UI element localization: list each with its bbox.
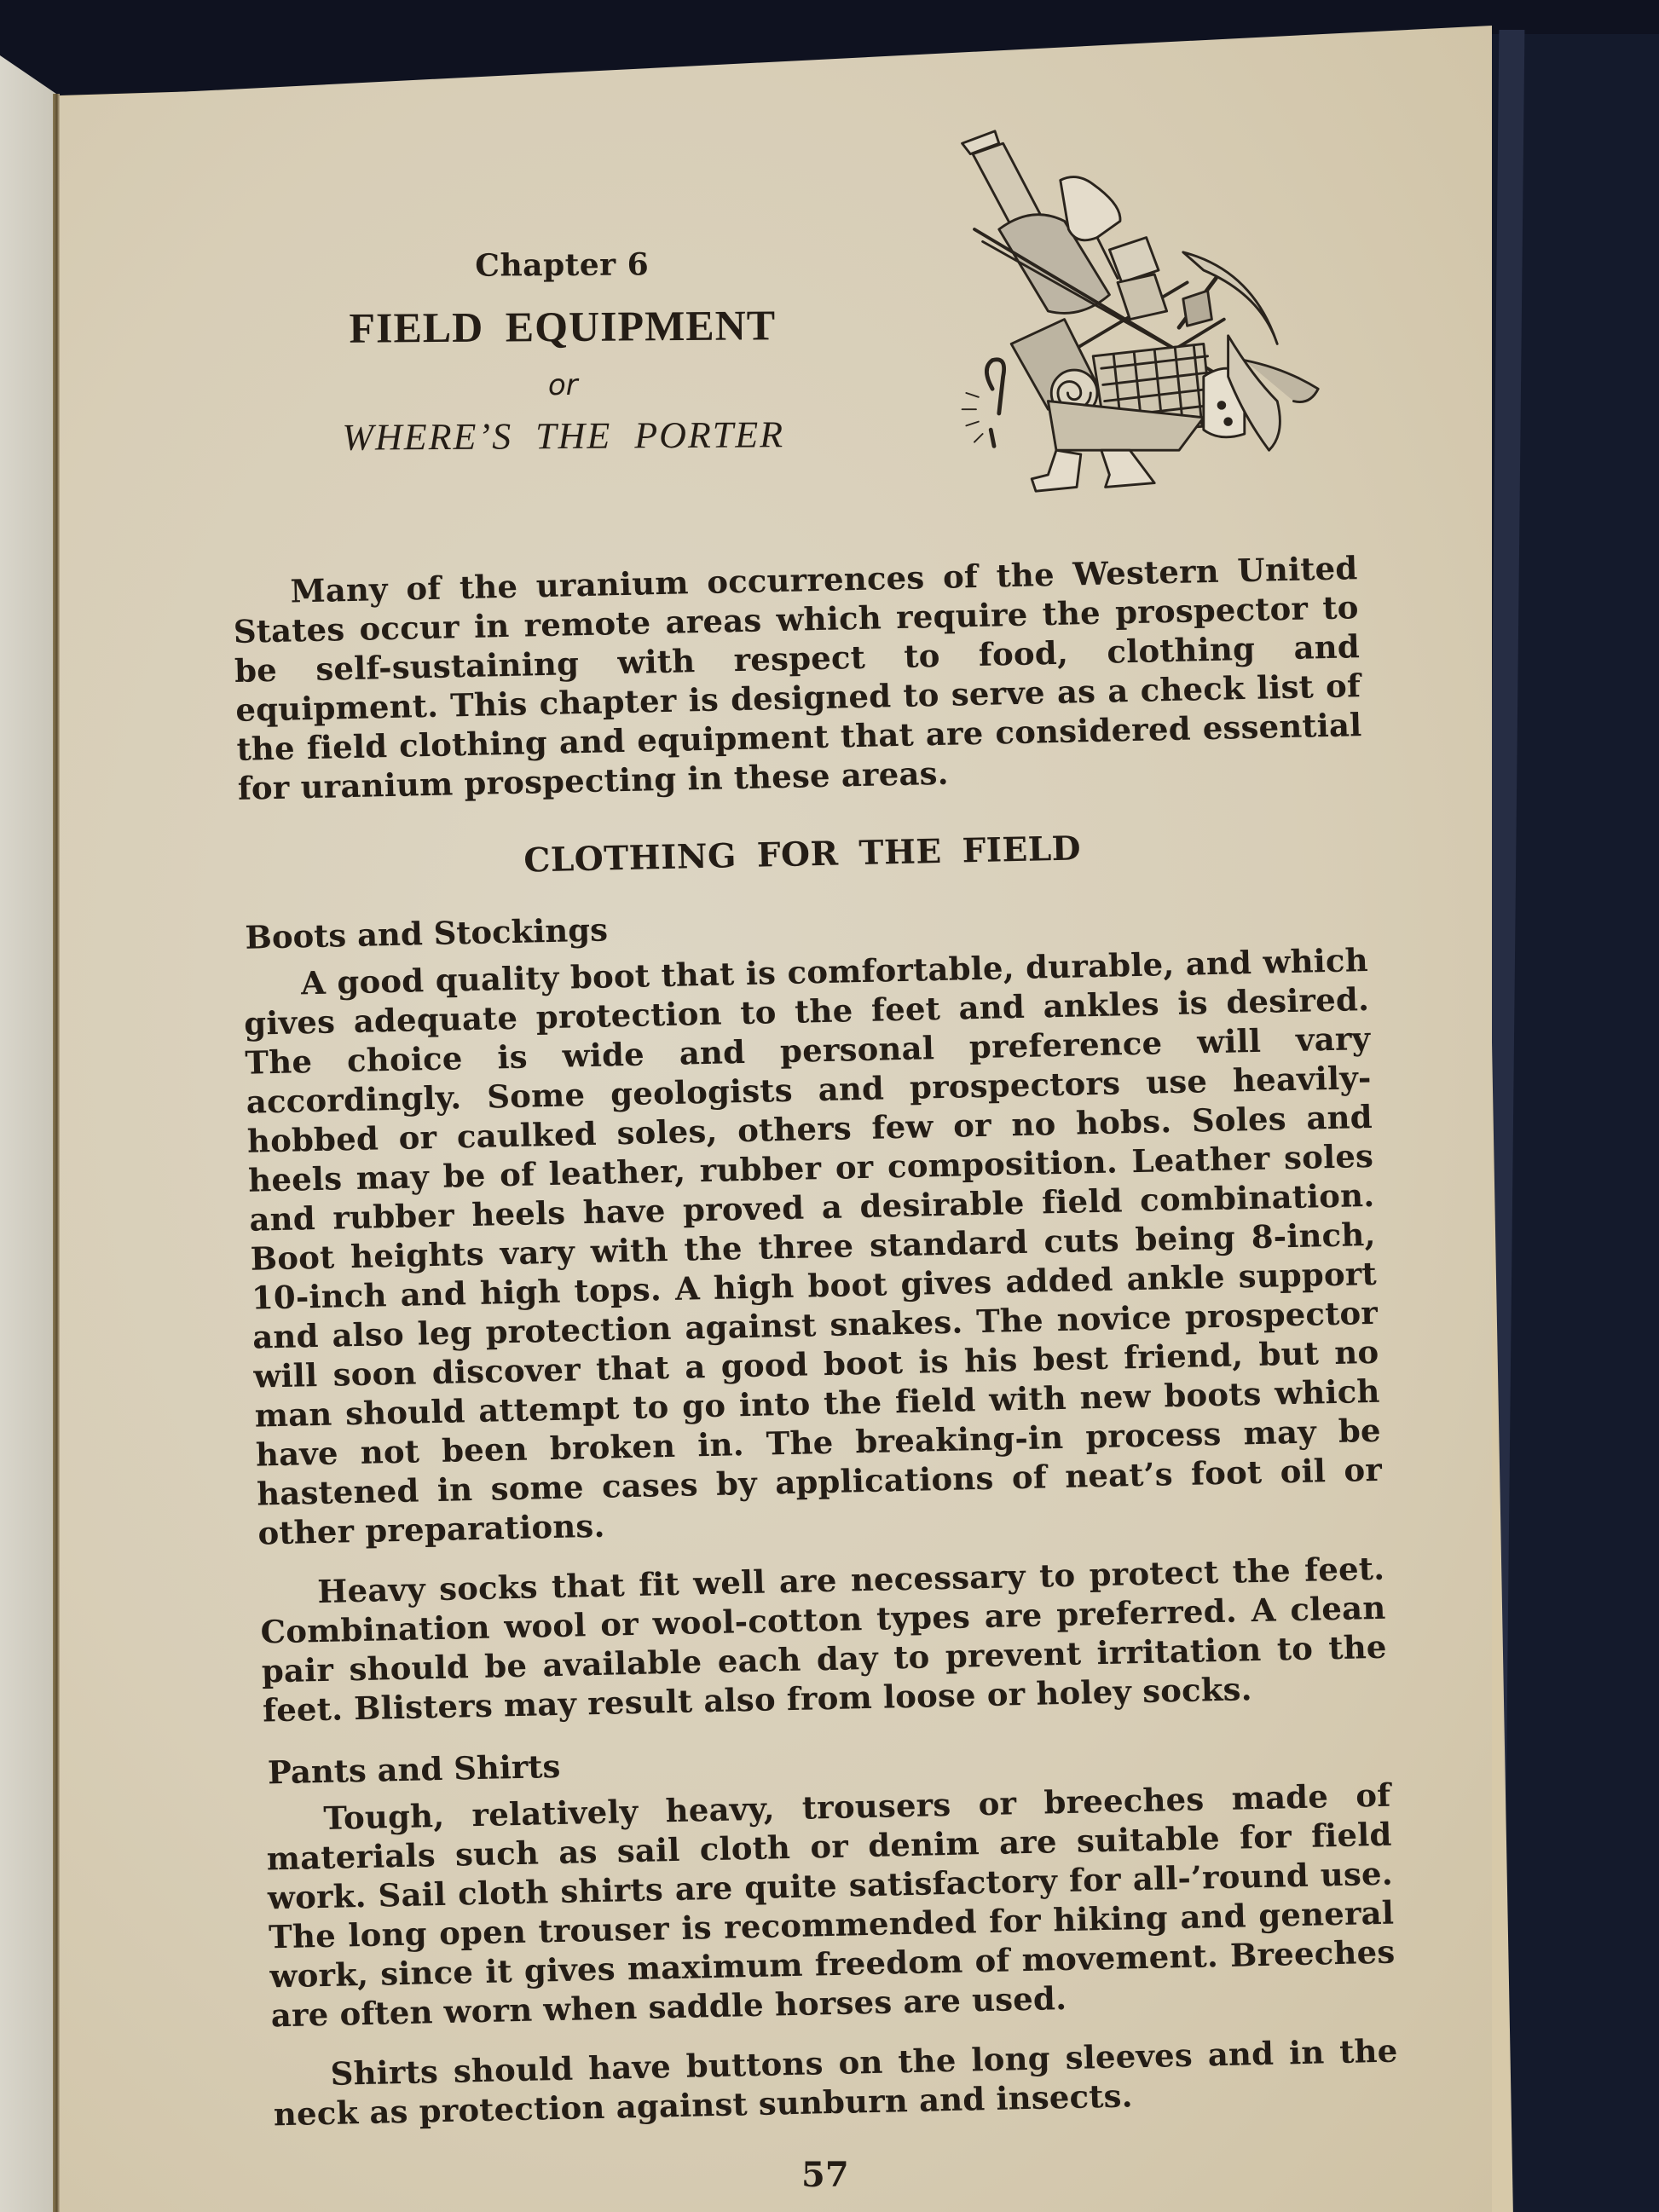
intro-paragraph: Many of the uranium occurrences of the W… [232,548,1363,808]
boots-paragraph: A good quality boot that is comfortable,… [242,940,1383,1553]
section-heading-clothing: CLOTHING FOR THE FIELD [240,823,1366,887]
page-number: 57 [801,2155,849,2195]
overloaded-prospector-illustration-icon [934,107,1343,516]
chapter-header: Chapter 6 FIELD EQUIPMENT or WHERE’S THE… [280,245,845,460]
pants-paragraph: Tough, relatively heavy, trousers or bre… [265,1776,1396,2036]
shirts-paragraph: Shirts should have buttons on the long s… [272,2031,1399,2134]
page-body: Many of the uranium occurrences of the W… [232,548,1399,2134]
chapter-subtitle: WHERE’S THE PORTER [282,413,845,460]
socks-paragraph: Heavy socks that fit well are necessary … [259,1549,1389,1730]
chapter-title: FIELD EQUIPMENT [281,300,844,354]
chapter-connector: or [281,367,844,405]
chapter-label: Chapter 6 [280,245,843,286]
page-content: Chapter 6 FIELD EQUIPMENT or WHERE’S THE… [0,0,1659,2212]
